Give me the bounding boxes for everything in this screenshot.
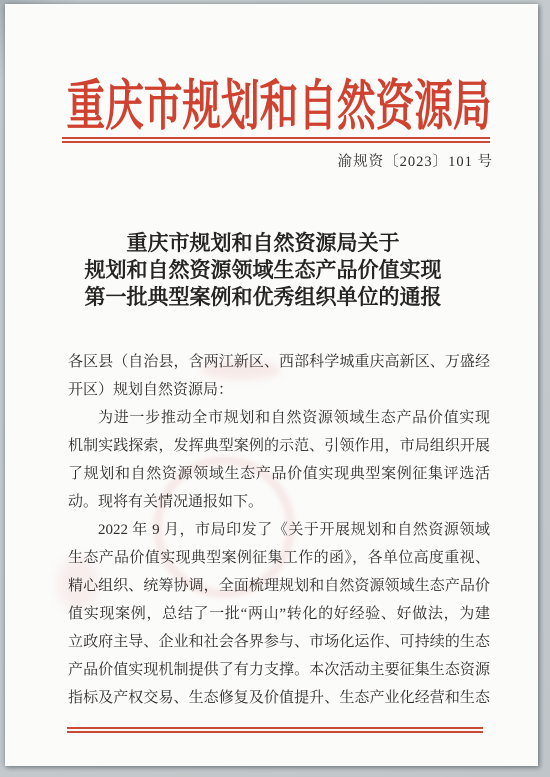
doc-number: 渝规资〔2023〕101 号: [338, 150, 493, 171]
notice-title-line-3: 第一批典型案例和优秀组织单位的通报: [52, 284, 474, 311]
body-line: 2022 年 9 月，市局印发了《关于开展规划和自然资源领域: [68, 516, 490, 544]
body-line: 动。现将有关情况通报如下。: [68, 488, 490, 516]
body-line: 立政府主导、企业和社会各界参与、市场化运作、可持续的生态: [68, 628, 490, 656]
notice-title: 重庆市规划和自然资源局关于 规划和自然资源领域生态产品价值实现 第一批典型案例和…: [52, 230, 474, 311]
notice-title-line-1: 重庆市规划和自然资源局关于: [52, 230, 474, 257]
notice-title-line-2: 规划和自然资源领域生态产品价值实现: [52, 257, 474, 284]
letterhead: 重庆市规划和自然资源局: [68, 66, 490, 138]
body-line: 生态产品价值实现典型案例征集工作的函》，各单位高度重视、: [68, 544, 490, 572]
body-line: 值实现案例，总结了一批“两山”转化的好经验、好做法，为建: [68, 600, 490, 628]
document-page: 重庆市规划和自然资源局 渝规资〔2023〕101 号 重庆市规划和自然资源局关于…: [5, 4, 538, 766]
agency-title: 重庆市规划和自然资源局: [66, 63, 491, 141]
header-double-rule: [62, 137, 490, 143]
notice-body: 各区县（自治县，含两江新区、西部科学城重庆高新区、万盛经 开区）规划自然资源局：…: [68, 348, 490, 712]
body-line: 精心组织、统筹协调，全面梳理规划和自然资源领域生态产品价: [68, 572, 490, 600]
body-line: 为进一步推动全市规划和自然资源领域生态产品价值实现: [68, 404, 490, 432]
body-line: 各区县（自治县，含两江新区、西部科学城重庆高新区、万盛经: [68, 348, 490, 376]
footer-double-rule: [67, 727, 483, 733]
body-line: 开区）规划自然资源局：: [68, 376, 490, 404]
body-line: 机制实践探索，发挥典型案例的示范、引领作用，市局组织开展: [68, 432, 490, 460]
body-line: 指标及产权交易、生态修复及价值提升、生态产业化经营和生态: [68, 684, 490, 712]
body-line: 了规划和自然资源领域生态产品价值实现典型案例征集评选活: [68, 460, 490, 488]
body-line: 产品价值实现机制提供了有力支撑。本次活动主要征集生态资源: [68, 656, 490, 684]
